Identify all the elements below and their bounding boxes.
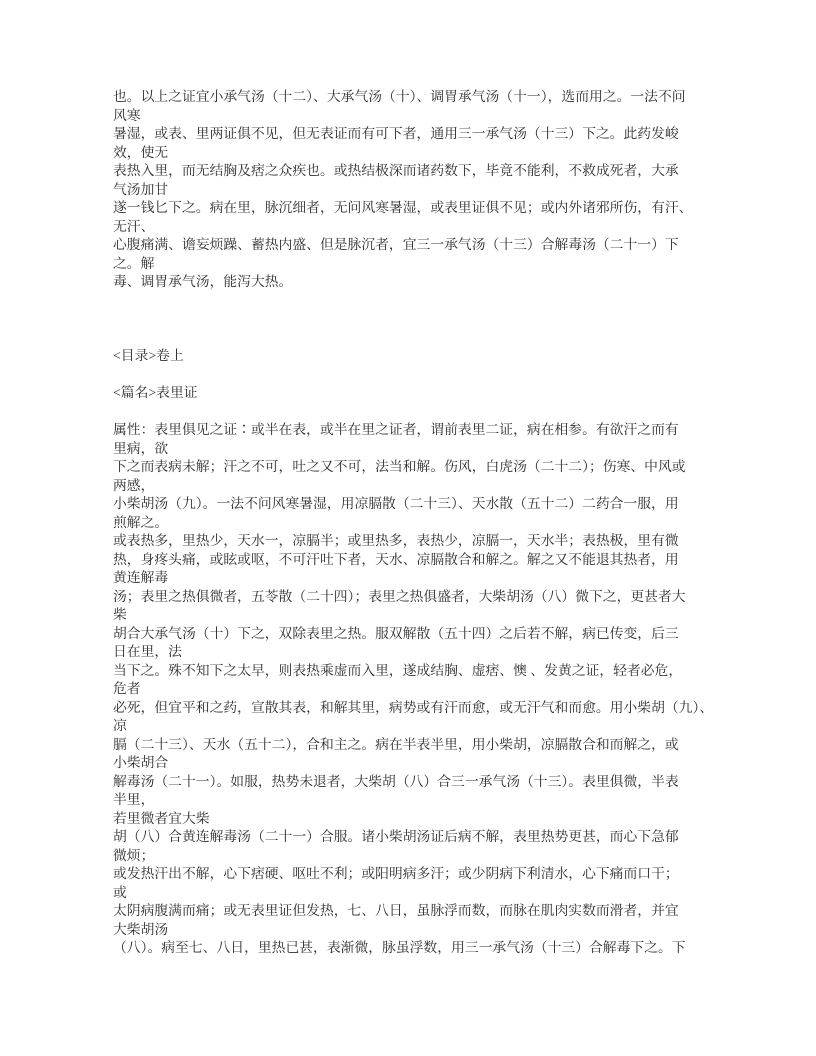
blank-line (113, 329, 733, 348)
text-line: 或 (113, 884, 733, 903)
text-line: 汤；表里之热俱微者，五苓散（二十四）；表里之热俱盛者，大柴胡汤（八）微下之，更甚… (113, 588, 733, 607)
text-line: （八）。病至七、八日，里热已甚，表渐微，脉虽浮数，用三一承气汤（十三）合解毒下之… (113, 939, 733, 958)
text-line: 解毒汤（二十一）。如服，热势未退者，大柴胡（八）合三一承气汤（十三）。表里俱微，… (113, 773, 733, 792)
blank-line (113, 366, 733, 385)
text-line: <篇名>表里证 (113, 384, 733, 403)
text-line: 微烦； (113, 847, 733, 866)
text-line: 膈（二十三）、天水（五十二），合和主之。病在半表半里，用小柴胡，凉膈散合和而解之… (113, 736, 733, 755)
spacer-block (113, 403, 733, 422)
text-line: 必死，但宜平和之药，宣散其表，和解其里，病势或有汗而愈，或无汗气和而愈。用小柴胡… (113, 699, 733, 718)
text-line: 无汗、 (113, 218, 733, 237)
text-line: 半里， (113, 791, 733, 810)
text-line: 之。解 (113, 255, 733, 274)
text-line: 胡（八）合黄连解毒汤（二十一）合服。诸小柴胡汤证后病不解，表里热势更甚，而心下急… (113, 828, 733, 847)
text-line: 太阴病腹满而痛；或无表里证但发热，七、八日，虽脉浮而数，而脉在肌肉实数而滑者，并… (113, 902, 733, 921)
text-line: 也。以上之证宜小承气汤（十二）、大承气汤（十）、调胃承气汤（十一），选而用之。一… (113, 88, 733, 107)
text-line: 若里微者宜大柴 (113, 810, 733, 829)
text-line: 黄连解毒 (113, 569, 733, 588)
text-line: 两感， (113, 477, 733, 496)
blank-line (113, 403, 733, 422)
text-line: 热，身疼头痛，或眩或呕，不可汗吐下者，天水、凉膈散合和解之。解之又不能退其热者，… (113, 551, 733, 570)
text-line: 里病，欲 (113, 440, 733, 459)
blank-line (113, 310, 733, 329)
text-line: 风寒 (113, 107, 733, 126)
chapter-title-marker: <篇名>表里证 (113, 384, 733, 403)
text-line: <目录>卷上 (113, 347, 733, 366)
text-line: 表热入里，而无结胸及痞之众疾也。或热结极深而诸药数下，毕竟不能利，不救成死者，大… (113, 162, 733, 181)
text-line: 煎解之。 (113, 514, 733, 533)
text-line: 属性：表里俱见之证∶或半在表，或半在里之证者，谓前表里二证，病在相参。有欲汗之而… (113, 421, 733, 440)
text-line: 当下之。殊不知下之太早，则表热乘虚而入里，遂成结胸、虚痞、懊 、发黄之证，轻者必… (113, 662, 733, 681)
text-line: 日在里，法 (113, 643, 733, 662)
text-line: 心腹痛满、谵妄烦躁、蓄热内盛、但是脉沉者，宜三一承气汤（十三）合解毒汤（二十一）… (113, 236, 733, 255)
text-line: 大柴胡汤 (113, 921, 733, 940)
text-line: 小柴胡合 (113, 754, 733, 773)
document-content: 也。以上之证宜小承气汤（十二）、大承气汤（十）、调胃承气汤（十一），选而用之。一… (113, 88, 733, 958)
text-line: 气汤加甘 (113, 181, 733, 200)
text-line: 小柴胡汤（九）。一法不问风寒暑湿，用凉膈散（二十三）、天水散（五十二）二药合一服… (113, 495, 733, 514)
text-line: 暑湿，或表、里两证俱不见，但无表证而有可下者，通用三一承气汤（十三）下之。此药发… (113, 125, 733, 144)
catalog-marker: <目录>卷上 (113, 347, 733, 366)
spacer-block (113, 366, 733, 385)
document-page: 也。以上之证宜小承气汤（十二）、大承气汤（十）、调胃承气汤（十一），选而用之。一… (0, 0, 816, 1056)
text-line: 毒、调胃承气汤，能泻大热。 (113, 273, 733, 292)
spacer-block (113, 292, 733, 348)
paragraph-li-zheng-ending: 也。以上之证宜小承气汤（十二）、大承气汤（十）、调胃承气汤（十一），选而用之。一… (113, 88, 733, 292)
text-line: 效，使无 (113, 144, 733, 163)
text-line: 危者 (113, 680, 733, 699)
text-line: 柴 (113, 606, 733, 625)
text-line: 下之而表病未解；汗之不可，吐之又不可，法当和解。伤风，白虎汤（二十二）；伤寒、中… (113, 458, 733, 477)
text-line: 遂一钱匕下之。病在里，脉沉细者，无问风寒暑湿，或表里证俱不见；或内外诸邪所伤，有… (113, 199, 733, 218)
text-line: 凉 (113, 717, 733, 736)
text-line: 或发热汗出不解，心下痞硬、呕吐不利；或阳明病多汗；或少阴病下利清水，心下痛而口干… (113, 865, 733, 884)
text-line: 或表热多，里热少，天水一，凉膈半；或里热多，表热少，凉膈一，天水半；表热极，里有… (113, 532, 733, 551)
paragraph-biao-li-zheng-body: 属性：表里俱见之证∶或半在表，或半在里之证者，谓前表里二证，病在相参。有欲汗之而… (113, 421, 733, 958)
blank-line (113, 292, 733, 311)
text-line: 胡合大承气汤（十）下之，双除表里之热。服双解散（五十四）之后若不解，病已传变，后… (113, 625, 733, 644)
